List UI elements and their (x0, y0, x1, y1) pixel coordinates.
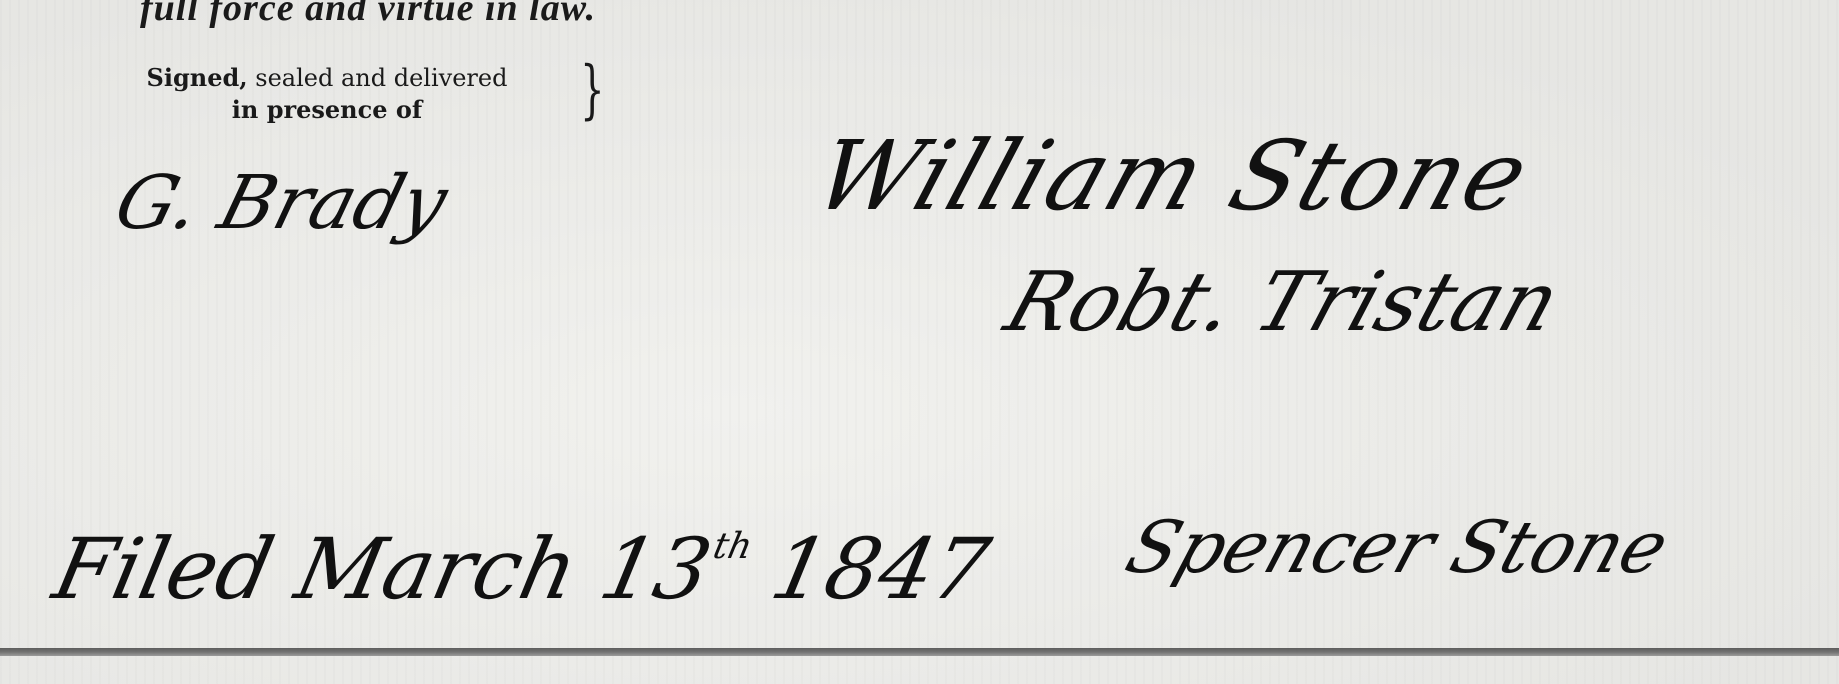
filing-note: Filed March 13th 1847 (46, 520, 998, 618)
clerk-signature: Spencer Stone (1116, 505, 1679, 589)
filing-year: 1847 (763, 520, 998, 618)
horizontal-rule (0, 648, 1839, 656)
attestation-line-2: in presence of (92, 94, 562, 126)
printed-header-fragment: full force and virtue in law. (140, 0, 596, 30)
attestation-line-1: Signed, sealed and delivered (92, 62, 562, 94)
attestation-sealed-delivered: sealed and delivered (248, 64, 508, 92)
attestation-clause: Signed, sealed and delivered in presence… (92, 62, 562, 126)
attestation-signed: Signed, (147, 63, 248, 92)
filing-date-text: Filed March 13 (46, 520, 720, 618)
attestation-brace: } (580, 58, 604, 122)
witness-signature: G. Brady (106, 160, 456, 246)
signature-robt-tristan: Robt. Tristan (995, 255, 1571, 350)
signature-william-stone: William Stone (802, 120, 1544, 232)
filing-date-ordinal: th (710, 526, 756, 567)
